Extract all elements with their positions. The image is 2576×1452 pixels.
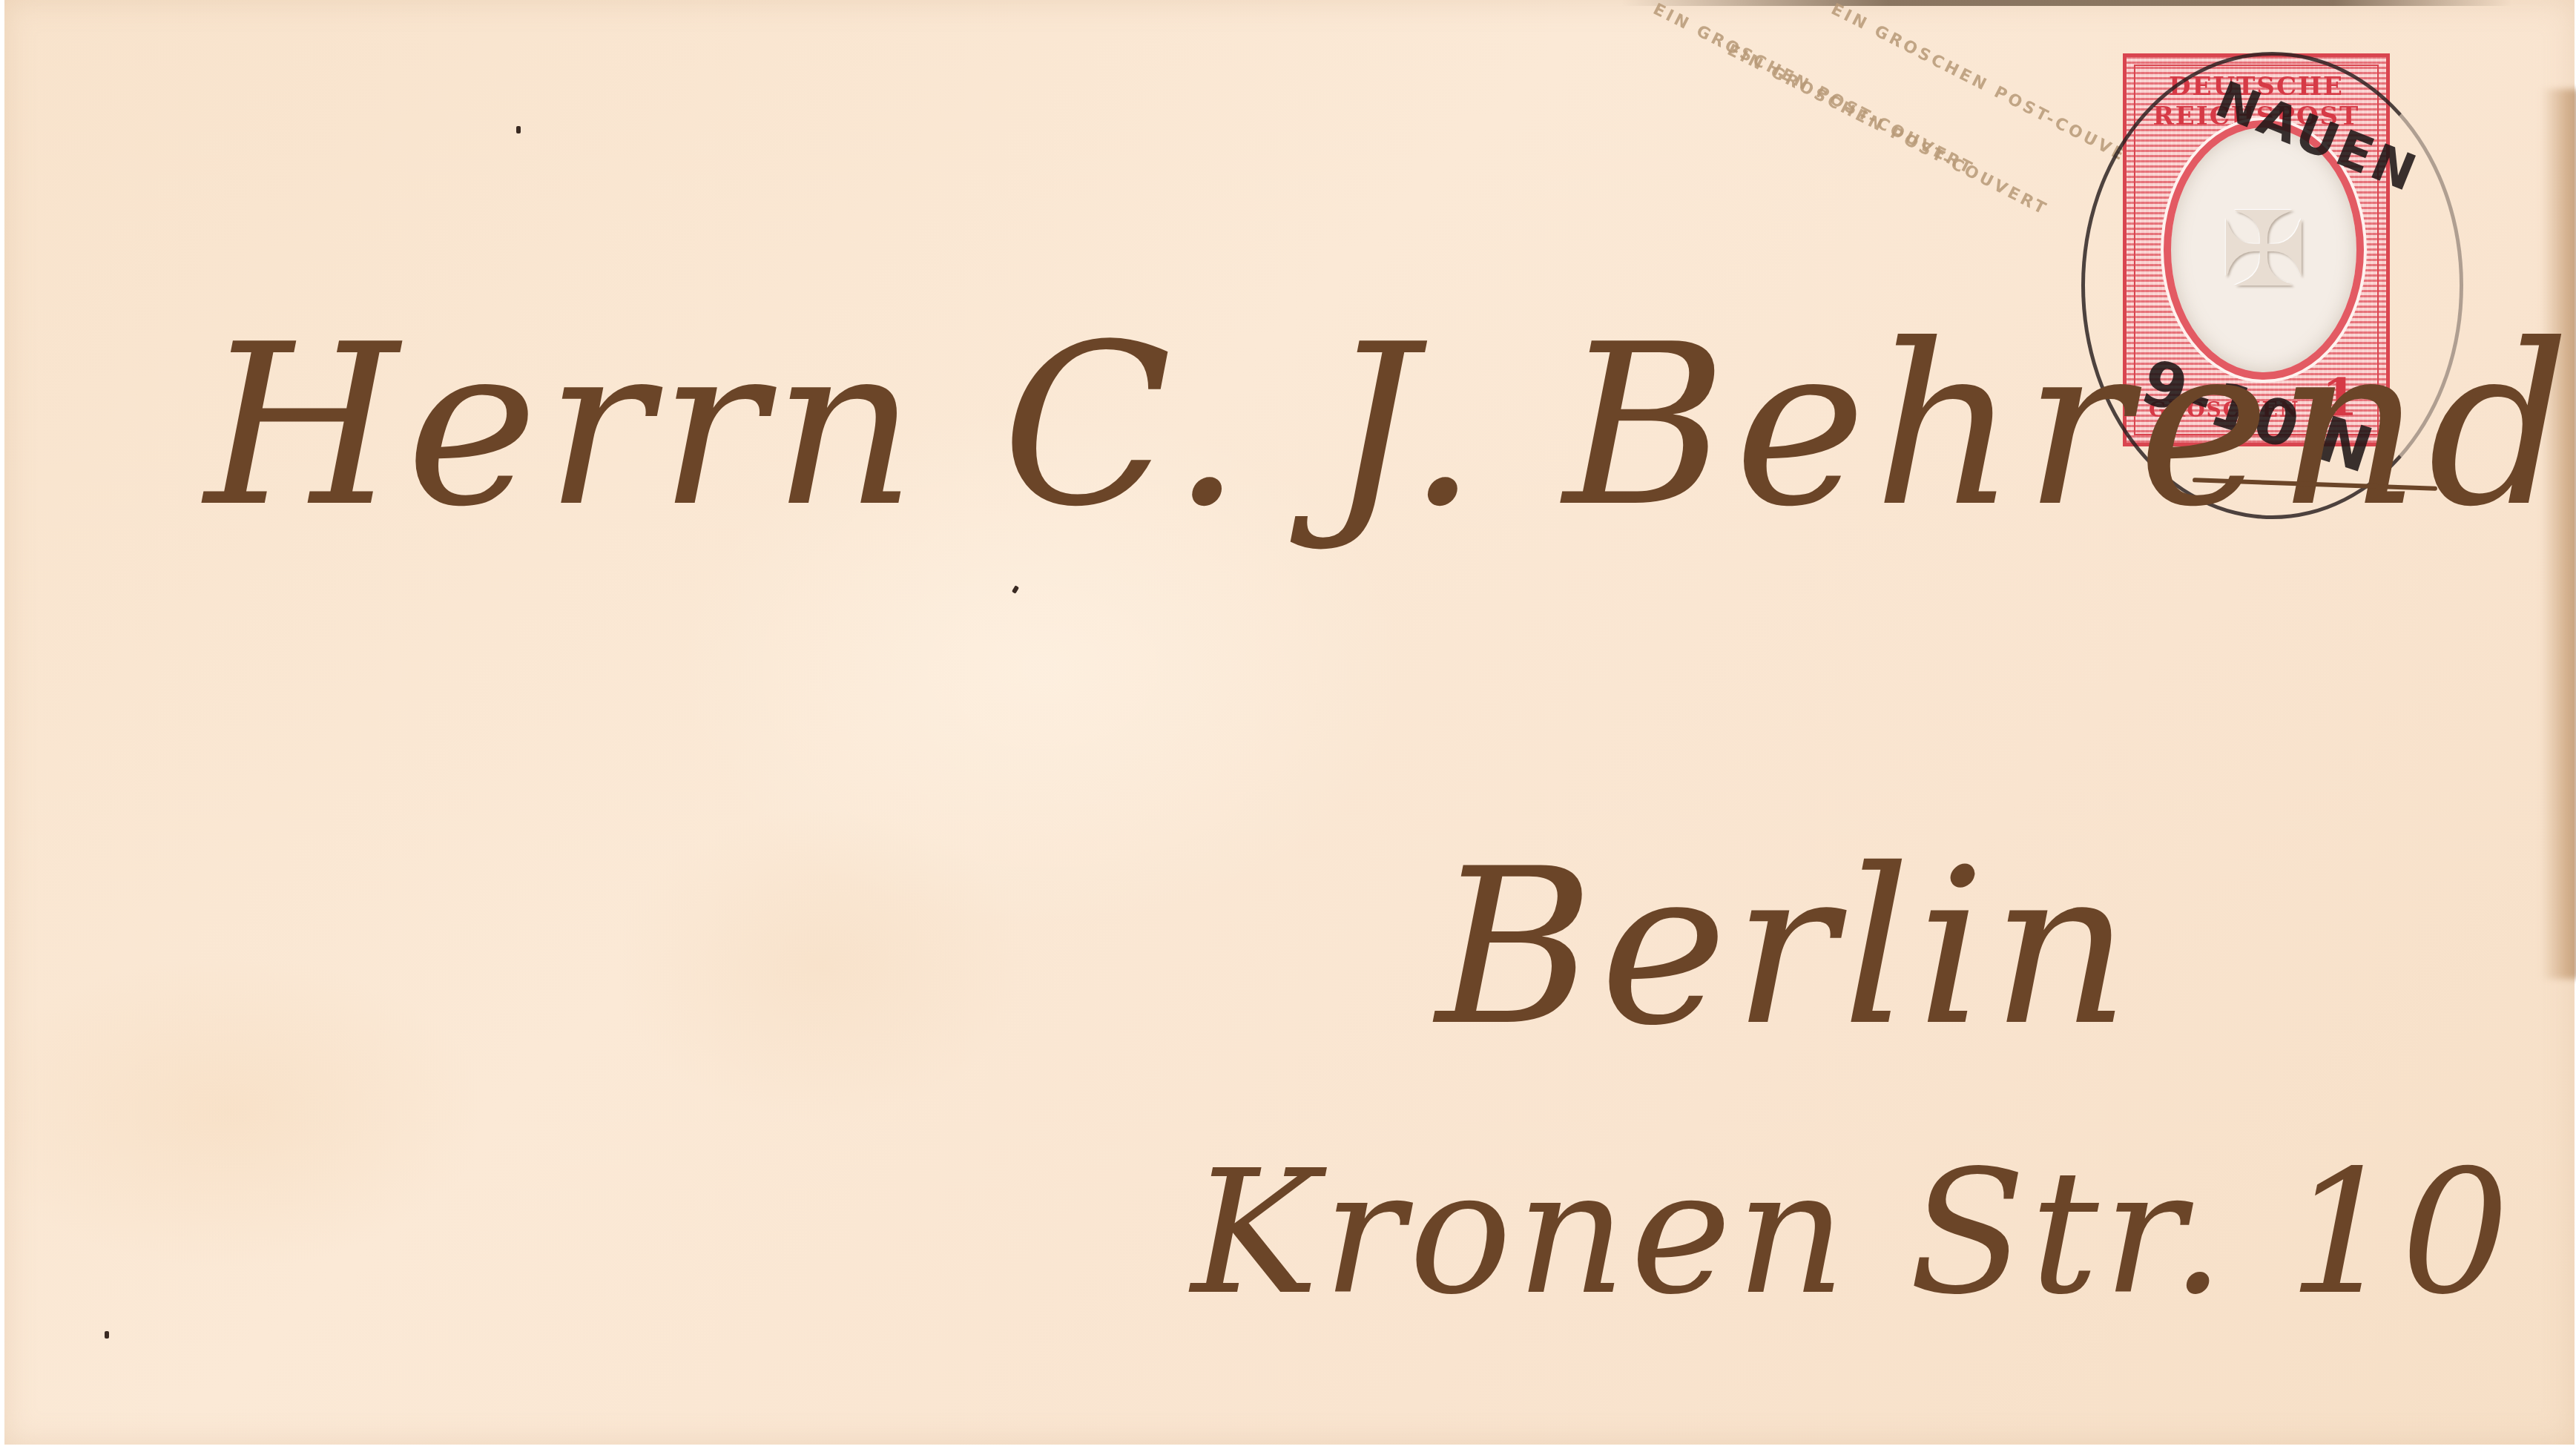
envelope: EIN GROSCHEN POST-COUVERT EIN GROSCHEN P… (4, 0, 2575, 1445)
address-recipient: Herrn C. J. Behrendt (205, 297, 2576, 555)
top-edge-shadow (1621, 0, 2511, 6)
address-city: Berlin (1436, 823, 2136, 1073)
address-street: Kronen Str. 10 (1191, 1135, 2514, 1333)
ink-speck (105, 1331, 109, 1339)
ink-speck (516, 126, 521, 133)
ink-speck (1012, 585, 1019, 594)
embossed-text-line: EIN GROSCHEN POST-COUVERT (1828, 0, 2155, 179)
embossed-text-line: EIN GROSCHEN POST-COUVERT (1725, 41, 2052, 220)
